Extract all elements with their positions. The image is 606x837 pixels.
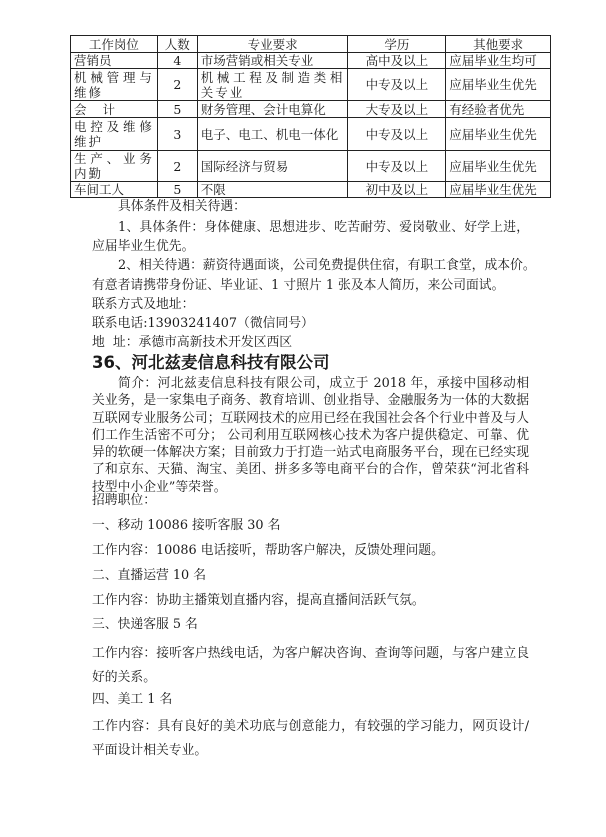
conditions-note: 有意者请携带身份证、毕业证、1 寸照片 1 张及本人简历，来公司面试。 xyxy=(92,278,504,294)
cell-major: 机械工程及制造类相关专业 xyxy=(197,69,348,101)
cell-other: 有经验者优先 xyxy=(446,101,551,118)
job-2-content: 工作内容：协助主播策划直播内容，提高直播间活跃气氛。 xyxy=(92,593,425,609)
company-heading: 36、河北兹麦信息科技有限公司 xyxy=(92,352,329,374)
cell-position: 营销员 xyxy=(71,53,158,69)
job-2-title: 二、直播运营 10 名 xyxy=(92,568,206,584)
cell-position: 车间工人 xyxy=(71,182,158,198)
cell-count: 5 xyxy=(157,101,197,118)
cell-other: 应届毕业生优先 xyxy=(446,118,551,151)
job-1-content: 工作内容：10086 电话接听，帮助客户解决，反馈处理问题。 xyxy=(92,543,444,559)
document-page: 工作岗位 人数 专业要求 学历 其他要求 营销员 4 市场营销或相关专业 高中及… xyxy=(0,0,606,837)
cell-position: 机械管理与维修 xyxy=(71,69,158,101)
cell-education: 高中及以上 xyxy=(348,53,446,69)
cell-major: 国际经济与贸易 xyxy=(197,151,348,182)
cell-education: 大专及以上 xyxy=(348,101,446,118)
header-education: 学历 xyxy=(348,36,446,53)
cell-other: 应届毕业生优先 xyxy=(446,69,551,101)
cell-other: 应届毕业生优先 xyxy=(446,151,551,182)
table-row: 会 计 5 财务管理、会计电算化 大专及以上 有经验者优先 xyxy=(71,101,551,118)
table-row: 车间工人 5 不限 初中及以上 应届毕业生优先 xyxy=(71,182,551,198)
cell-position: 生产、业务内勤 xyxy=(71,151,158,182)
cell-education: 中专及以上 xyxy=(348,151,446,182)
cell-other: 应届毕业生优先 xyxy=(446,182,551,198)
jobs-title: 招聘职位： xyxy=(92,493,156,509)
header-position: 工作岗位 xyxy=(71,36,158,53)
cell-count: 4 xyxy=(157,53,197,69)
cell-position: 会 计 xyxy=(71,101,158,118)
header-other: 其他要求 xyxy=(446,36,551,53)
header-major: 专业要求 xyxy=(197,36,348,53)
job-4-content: 工作内容：具有良好的美术功底与创意能力，有较强的学习能力，网页设计/平面设计相关… xyxy=(92,715,529,763)
cell-major: 不限 xyxy=(197,182,348,198)
header-count: 人数 xyxy=(157,36,197,53)
job-3-title: 三、快递客服 5 名 xyxy=(92,617,198,633)
cell-education: 中专及以上 xyxy=(348,118,446,151)
contact-title: 联系方式及地址： xyxy=(92,297,194,313)
table-row: 营销员 4 市场营销或相关专业 高中及以上 应届毕业生均可 xyxy=(71,53,551,69)
job-4-title: 四、美工 1 名 xyxy=(92,692,172,708)
conditions-item-1: 1、具体条件：身体健康、思想进步、吃苦耐劳、爱岗敬业、好学上进，应届毕业生优先。 xyxy=(92,218,529,256)
conditions-item-2: 2、相关待遇：薪资待遇面谈，公司免费提供住宿，有职工食堂，成本价。 xyxy=(118,258,536,274)
cell-education: 中专及以上 xyxy=(348,69,446,101)
conditions-title: 具体条件及相关待遇： xyxy=(118,199,246,215)
contact-address: 地 址：承德市高新技术开发区西区 xyxy=(92,335,292,351)
contact-phone: 联系电话:13903241407（微信同号） xyxy=(92,316,314,332)
cell-position: 电控及维修维护 xyxy=(71,118,158,151)
cell-count: 2 xyxy=(157,151,197,182)
cell-count: 5 xyxy=(157,182,197,198)
table-row: 生产、业务内勤 2 国际经济与贸易 中专及以上 应届毕业生优先 xyxy=(71,151,551,182)
company-intro: 简介：河北兹麦信息科技有限公司，成立于 2018 年，承接中国移动相关业务，是一… xyxy=(92,375,529,496)
job-1-title: 一、移动 10086 接听客服 30 名 xyxy=(92,518,280,534)
table-header-row: 工作岗位 人数 专业要求 学历 其他要求 xyxy=(71,36,551,53)
cell-major: 市场营销或相关专业 xyxy=(197,53,348,69)
cell-major: 电子、电工、机电一体化 xyxy=(197,118,348,151)
job-table: 工作岗位 人数 专业要求 学历 其他要求 营销员 4 市场营销或相关专业 高中及… xyxy=(70,35,551,198)
cell-other: 应届毕业生均可 xyxy=(446,53,551,69)
cell-count: 3 xyxy=(157,118,197,151)
cell-education: 初中及以上 xyxy=(348,182,446,198)
cell-major: 财务管理、会计电算化 xyxy=(197,101,348,118)
job-3-content: 工作内容：接听客户热线电话，为客户解决咨询、查询等问题，与客户建立良好的关系。 xyxy=(92,642,529,690)
table-row: 机械管理与维修 2 机械工程及制造类相关专业 中专及以上 应届毕业生优先 xyxy=(71,69,551,101)
cell-count: 2 xyxy=(157,69,197,101)
table-row: 电控及维修维护 3 电子、电工、机电一体化 中专及以上 应届毕业生优先 xyxy=(71,118,551,151)
